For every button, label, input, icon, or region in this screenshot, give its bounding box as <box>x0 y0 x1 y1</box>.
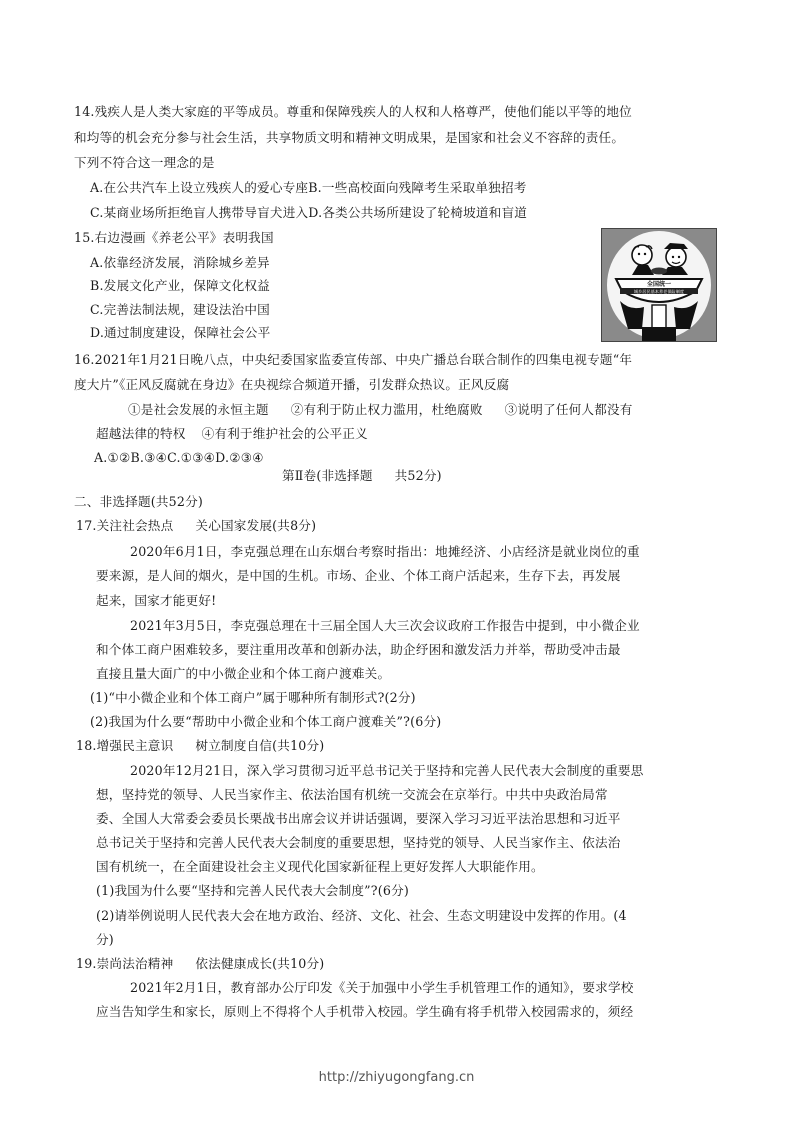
q18-title: 18.增强民主意识树立制度自信(共10分) <box>76 738 324 754</box>
q19-para-line-1: 2021年2月1日，教育部办公厅印发《关于加强中小学生手机管理工作的通知》，要求… <box>130 980 634 996</box>
q14-stem-line-1: 14.残疾人是人类大家庭的平等成员。尊重和保障残疾人的人权和人格尊严，使他们能以… <box>74 104 632 120</box>
q18-para-line-4: 总书记关于坚持和完善人民代表大会制度的重要思想，坚持党的领导、人民当家作主、依法… <box>96 835 621 851</box>
q18-subquestion-2-line-2: 分) <box>96 932 114 948</box>
q15-option-d: D.通过制度建设，保障社会公平 <box>90 325 270 341</box>
q16-item-3-part2: 超越法律的特权 <box>96 426 186 441</box>
q19-para-line-2: 应当告知学生和家长，原则上不得将个人手机带入校园。学生确有将手机带入校园需求的，… <box>96 1004 633 1020</box>
pension-fairness-cartoon: 全国统一 城乡居民基本养老保险制度 <box>601 228 717 342</box>
q15-option-a: A.依靠经济发展，消除城乡差异 <box>90 255 270 271</box>
q16-stem-line-2: 度大片”《正风反腐就在身边》在央视综合频道开播，引发群众热议。正风反腐 <box>74 377 509 393</box>
footer-url[interactable]: http://zhiyugongfang.cn <box>0 1070 793 1085</box>
q16-stem-line-1: 16.2021年1月21日晚八点，中央纪委国家监委宣传部、中央广播总台联合制作的… <box>74 352 632 368</box>
q17-para2-line-3: 直接且量大面广的中小微企业和个体工商户渡难关。 <box>96 666 390 682</box>
q17-para1-line-3: 起来，国家才能更好! <box>96 593 216 609</box>
bowl-text-1: 全国统一 <box>647 280 671 288</box>
q19-title: 19.崇尚法治精神依法健康成长(共10分) <box>76 956 324 972</box>
q16-item-3-part1: ③说明了任何人都没有 <box>505 402 633 417</box>
q16-item-4: ④有利于维护社会的公平正义 <box>202 426 368 441</box>
q16-items-line-1: ①是社会发展的永恒主题②有利于防止权力滥用，杜绝腐败③说明了任何人都没有 <box>128 402 633 418</box>
q15-stem: 15.右边漫画《养老公平》表明我国 <box>74 230 274 246</box>
q14-stem-line-2: 和均等的机会充分参与社会生活，共享物质文明和精神文明成果，是国家和社会义不容辞的… <box>74 130 624 146</box>
q17-subquestion-1: (1)“中小微企业和个体工商户”属于哪种所有制形式?(2分) <box>90 690 416 706</box>
q14-options-line-1: A.在公共汽车上设立残疾人的爱心专座B.一些高校面向残障考生采取单独招考 <box>90 180 527 196</box>
q18-subquestion-2-line-1: (2)请举例说明人民代表大会在地方政治、经济、文化、社会、生态文明建设中发挥的作… <box>96 908 627 924</box>
cartoon-illustration-icon: 全国统一 城乡居民基本养老保险制度 <box>602 229 716 341</box>
q15-option-b: B.发展文化产业，保障文化权益 <box>90 278 270 294</box>
q15-option-c: C.完善法制法规，建设法治中国 <box>90 302 270 318</box>
q17-para2-line-1: 2021年3月5日，李克强总理在十三届全国人大三次会议政府工作报告中提到，中小微… <box>130 618 640 634</box>
q16-item-2: ②有利于防止权力滥用，杜绝腐败 <box>291 402 483 417</box>
q18-para-line-1: 2020年12月21日，深入学习贯彻习近平总书记关于坚持和完善人民代表大会制度的… <box>130 763 643 779</box>
q18-para-line-2: 想，坚持党的领导、人民当家作主、依法治国有机统一交流会在京举行。中共中央政治局常 <box>96 787 608 803</box>
q18-para-line-5: 国有机统一，在全面建设社会主义现代化国家新征程上更好发挥人大职能作用。 <box>96 859 544 875</box>
section-2-heading: 二、非选择题(共52分) <box>74 494 203 510</box>
q18-subquestion-1: (1)我国为什么要“坚持和完善人民代表大会制度”?(6分) <box>96 883 409 899</box>
q18-para-line-3: 委、全国人大常委会委员长栗战书出席会议并讲话强调，要深入学习习近平法治思想和习近… <box>96 811 621 827</box>
q17-subquestion-2: (2)我国为什么要“帮助中小微企业和个体工商户渡难关”?(6分) <box>90 714 441 730</box>
q16-item-1: ①是社会发展的永恒主题 <box>128 402 269 417</box>
q17-para1-line-2: 要来源，是人间的烟火，是中国的生机。市场、企业、个体工商户活起来，生存下去，再发… <box>96 568 621 584</box>
q17-para2-line-2: 和个体工商户困难较多，要注重用改革和创新办法，助企纾困和激发活力并举，帮助受冲击… <box>96 642 621 658</box>
q14-stem-line-3: 下列不符合这一理念的是 <box>74 155 215 171</box>
q17-para1-line-1: 2020年6月1日，李克强总理在山东烟台考察时指出：地摊经济、小店经济是就业岗位… <box>130 544 640 560</box>
q17-title: 17.关注社会热点关心国家发展(共8分) <box>76 518 316 534</box>
q14-options-line-2: C.某商业场所拒绝盲人携带导盲犬进入D.各类公共场所建设了轮椅坡道和盲道 <box>90 205 527 221</box>
bowl-text-2: 城乡居民基本养老保险制度 <box>634 288 685 295</box>
q16-items-line-2: 超越法律的特权④有利于维护社会的公平正义 <box>96 426 368 442</box>
section-2-title: 第Ⅱ卷(非选择题共52分) <box>282 468 442 484</box>
q16-options: A.①②B.③④C.①③④D.②③④ <box>94 450 264 466</box>
